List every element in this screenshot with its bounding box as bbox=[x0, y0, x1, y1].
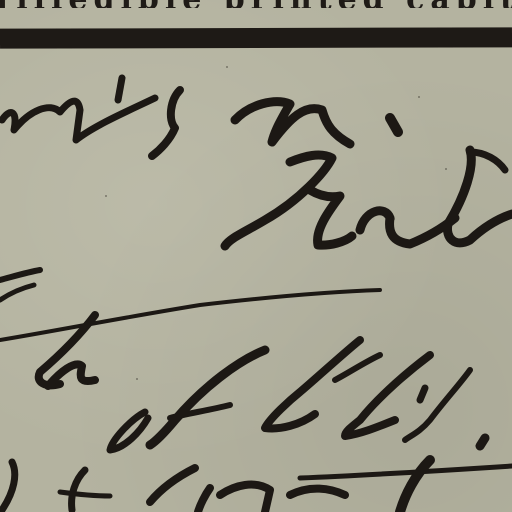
paper-speck bbox=[105, 195, 107, 197]
manuscript-page: [illegible printed capitals, cut off at … bbox=[0, 0, 512, 512]
paper-speck bbox=[226, 66, 228, 68]
paper-speck bbox=[136, 378, 138, 380]
handwriting-strokes bbox=[0, 0, 512, 512]
paper-speck bbox=[393, 218, 395, 220]
paper-speck bbox=[445, 168, 447, 170]
paper-speck bbox=[418, 96, 420, 98]
